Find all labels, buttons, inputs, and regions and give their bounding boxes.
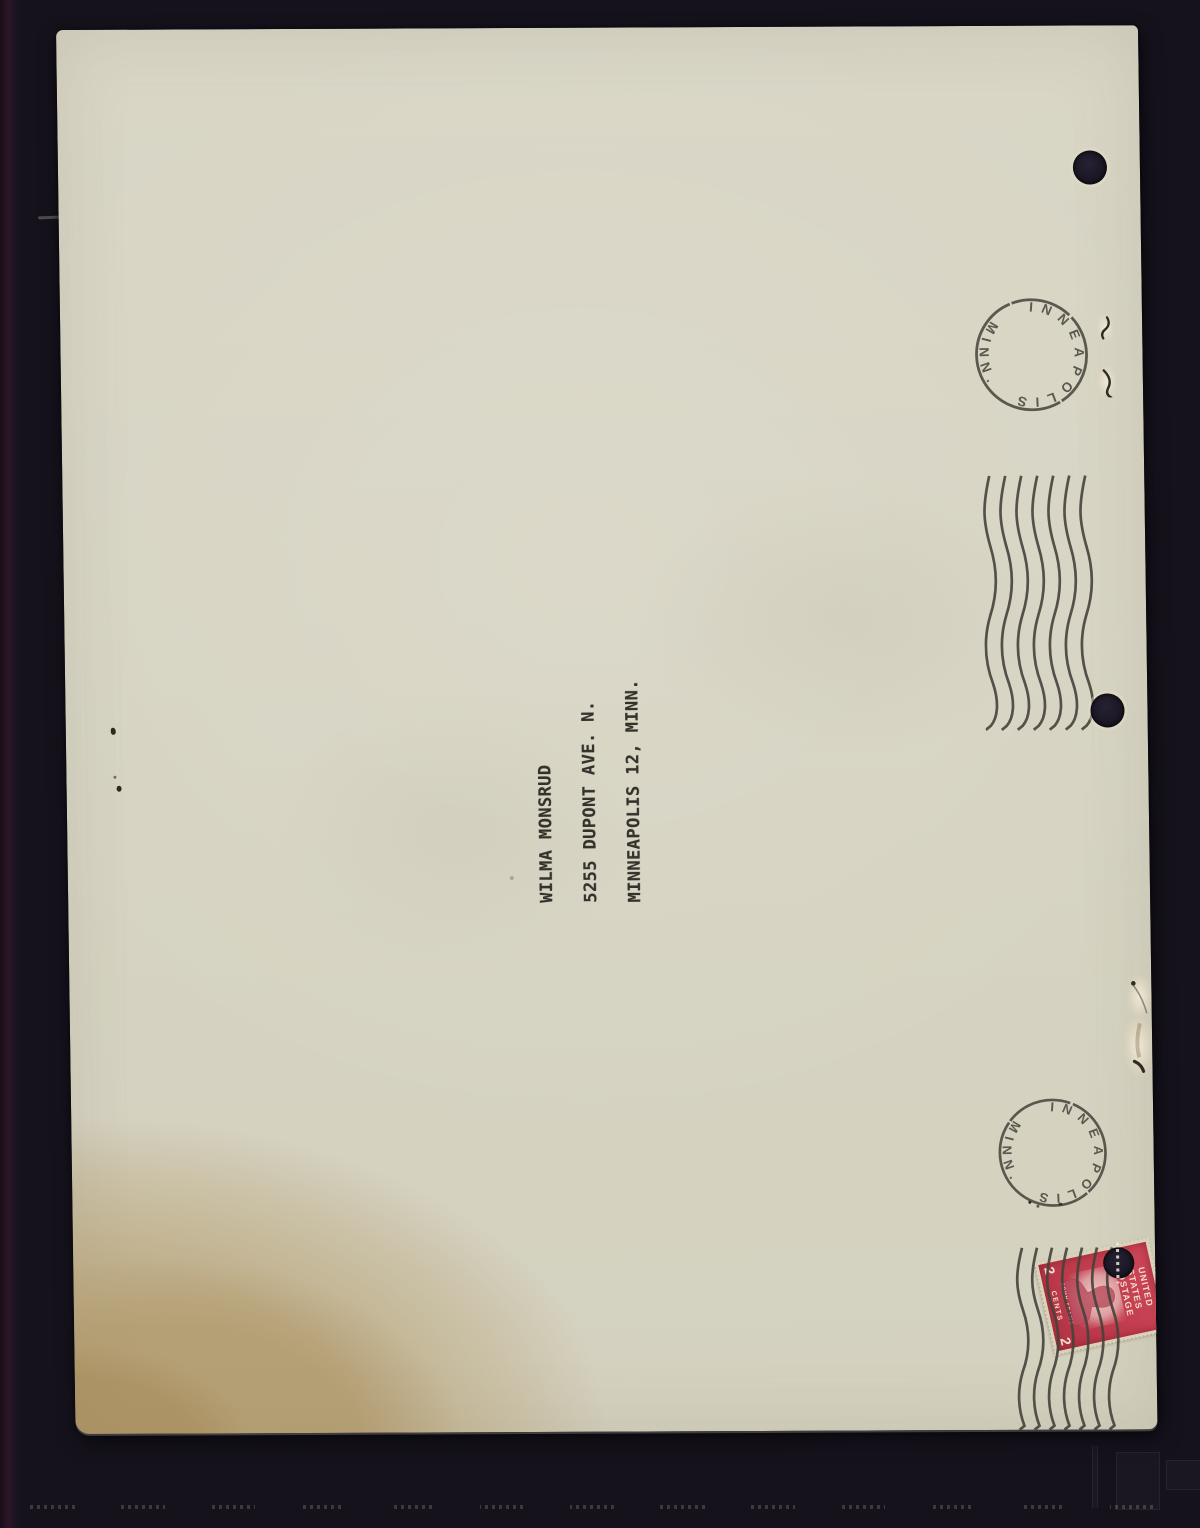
svg-text:MINN.: MINN. [976,319,1002,390]
postage-stamp: UNITED STATES POSTAGE JOHN ADAMS 2 CENTS… [1035,1238,1158,1354]
postmark-ring [999,1100,1106,1206]
wavy-line-group [1017,1247,1120,1429]
stamp-portrait-oval [1063,1264,1127,1332]
photo-scan: WILMA MONSRUD 5255 DUPONT AVE. N. MINNEA… [0,0,1200,1528]
denomination-numeral-right: 2 [1057,1336,1074,1347]
envelope: WILMA MONSRUD 5255 DUPONT AVE. N. MINNEA… [56,25,1158,1434]
stamp-country-line: STATES [1120,1245,1150,1333]
stamp-denomination-band: 2 CENTS 2 [1041,1265,1074,1347]
stamp-face: UNITED STATES POSTAGE JOHN ADAMS 2 CENTS… [1038,1242,1157,1351]
address-line: MINNEAPOLIS 12, MINN. [622,679,645,902]
postmark-lower: MINNEAPOLIS MINN. [994,1095,1111,1211]
paper-speck [117,786,122,792]
stamp-country-line: UNITED [1130,1243,1157,1331]
water-stain [71,1087,816,1434]
emboss-mark [1166,1460,1200,1490]
postmark-upper: MINNEAPOLIS MINN. [971,294,1093,415]
album-spine [0,0,22,1528]
svg-text:MINNEAPOLIS: MINNEAPOLIS [1029,1095,1111,1206]
stamp-country-text: UNITED STATES POSTAGE [1110,1243,1158,1336]
svg-text:MINN.: MINN. [999,1119,1025,1188]
postmark-ring [976,300,1088,410]
paper-tear [1127,975,1152,1017]
paper-speck [113,776,116,779]
punch-hole [1090,693,1124,727]
film-edge-dashes [30,1505,1180,1509]
paper-speck [1036,1205,1039,1208]
paper-speck [510,876,514,880]
postmark-state-text: MINN. [999,1119,1025,1188]
emboss-mark [1116,1452,1160,1510]
stamp-perforation-dashes [1116,1242,1120,1283]
cancellation-wavy-lines-upper [982,471,1098,733]
postmark-city-text: MINNEAPOLIS [1029,1095,1111,1206]
paper-speck [1058,1203,1062,1206]
cancellation-wavy-lines-lower [1015,1243,1122,1434]
stamp-portrait-bust [1064,1271,1119,1326]
stamp-country-line: POSTAGE [1110,1247,1140,1335]
postmark-state-text: MINN. [976,319,1002,390]
denomination-cents-label: CENTS [1049,1290,1066,1323]
paper-speck [1028,1201,1031,1204]
mat-scratch-mark [38,216,60,220]
wavy-line-group [982,476,1094,730]
stamp-subject-label: JOHN ADAMS [1054,1261,1079,1348]
paper-tear [1124,1017,1153,1075]
typed-address: WILMA MONSRUD 5255 DUPONT AVE. N. MINNEA… [533,667,602,903]
paper-tear [1096,313,1114,341]
postmark-city-text: MINNEAPOLIS [1007,294,1092,410]
address-line: WILMA MONSRUD [535,765,557,903]
punch-hole [1103,1247,1134,1278]
paper-tear [1097,365,1117,397]
svg-text:MINNEAPOLIS: MINNEAPOLIS [1007,294,1092,410]
emboss-mark [1092,1446,1098,1508]
denomination-numeral-left: 2 [1041,1265,1058,1276]
paper-speck [111,728,116,735]
punch-hole [1073,150,1107,184]
address-line: 5255 DUPONT AVE. N. [578,701,601,903]
